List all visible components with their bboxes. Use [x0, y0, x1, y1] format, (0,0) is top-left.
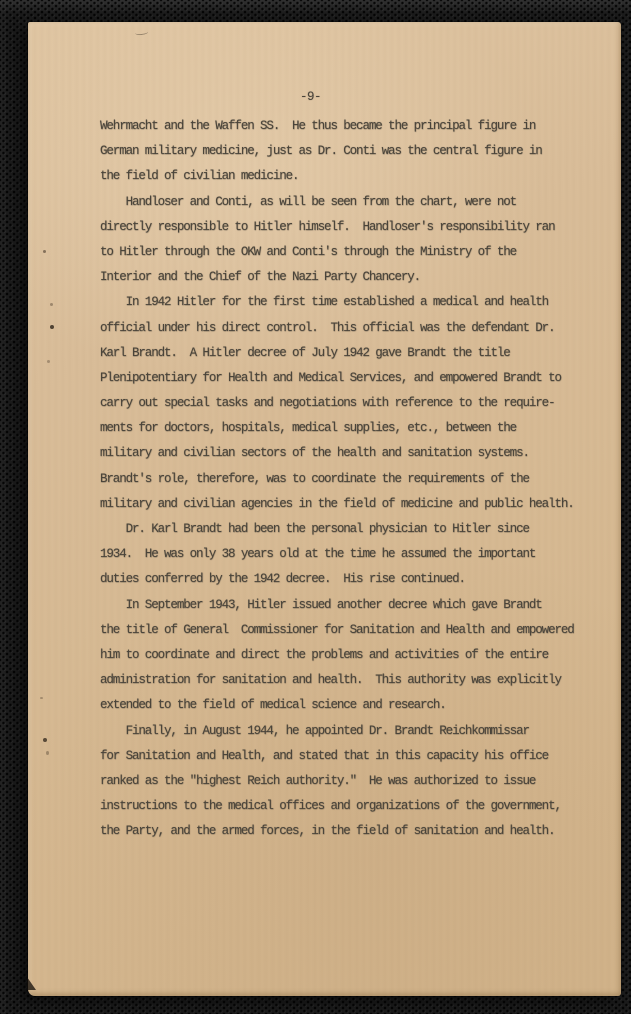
text-line: Finally, in August 1944, he appointed Dr… — [100, 719, 601, 744]
text-line: Plenipotentiary for Health and Medical S… — [100, 366, 601, 391]
text-line: Wehrmacht and the Waffen SS. He thus bec… — [100, 114, 601, 139]
ink-speck — [50, 303, 53, 306]
text-line: In September 1943, Hitler issued another… — [100, 593, 601, 618]
text-line: administration for sanitation and health… — [100, 668, 601, 693]
ink-speck — [40, 697, 43, 699]
text-line: Brandt's role, therefore, was to coordin… — [100, 467, 601, 492]
text-line: Handloser and Conti, as will be seen fro… — [100, 190, 601, 215]
ink-speck — [47, 360, 50, 363]
text-line: the field of civilian medicine. — [100, 164, 601, 189]
text-line: 1934. He was only 38 years old at the ti… — [100, 542, 601, 567]
text-line: military and civilian agencies in the fi… — [100, 492, 601, 517]
text-line: Karl Brandt. A Hitler decree of July 194… — [100, 341, 601, 366]
ink-speck — [50, 325, 54, 329]
text-line: to Hitler through the OKW and Conti's th… — [100, 240, 601, 265]
corner-fold — [27, 977, 36, 990]
text-line: ments for doctors, hospitals, medical su… — [100, 416, 601, 441]
ink-speck — [43, 738, 47, 742]
text-line: him to coordinate and direct the problem… — [100, 643, 601, 668]
text-line: carry out special tasks and negotiations… — [100, 391, 601, 416]
document-text: Wehrmacht and the Waffen SS. He thus bec… — [100, 114, 601, 844]
text-line: directly responsible to Hitler himself. … — [100, 215, 601, 240]
page-number: -9- — [28, 90, 593, 104]
text-line: military and civilian sectors of the hea… — [100, 441, 601, 466]
text-line: extended to the field of medical science… — [100, 693, 601, 718]
text-line: In 1942 Hitler for the first time establ… — [100, 290, 601, 315]
text-line: Dr. Karl Brandt had been the personal ph… — [100, 517, 601, 542]
pencil-mark — [135, 29, 148, 35]
text-line: official under his direct control. This … — [100, 316, 601, 341]
text-line: for Sanitation and Health, and stated th… — [100, 744, 601, 769]
text-line: Interior and the Chief of the Nazi Party… — [100, 265, 601, 290]
text-line: German military medicine, just as Dr. Co… — [100, 139, 601, 164]
text-line: ranked as the "highest Reich authority."… — [100, 769, 601, 794]
text-line: duties conferred by the 1942 decree. His… — [100, 567, 601, 592]
ink-speck — [46, 751, 49, 755]
ink-speck — [43, 250, 46, 253]
text-line: instructions to the medical offices and … — [100, 794, 601, 819]
text-line: the title of General Commissioner for Sa… — [100, 618, 601, 643]
document-page: -9- Wehrmacht and the Waffen SS. He thus… — [28, 22, 621, 996]
text-line: the Party, and the armed forces, in the … — [100, 819, 601, 844]
